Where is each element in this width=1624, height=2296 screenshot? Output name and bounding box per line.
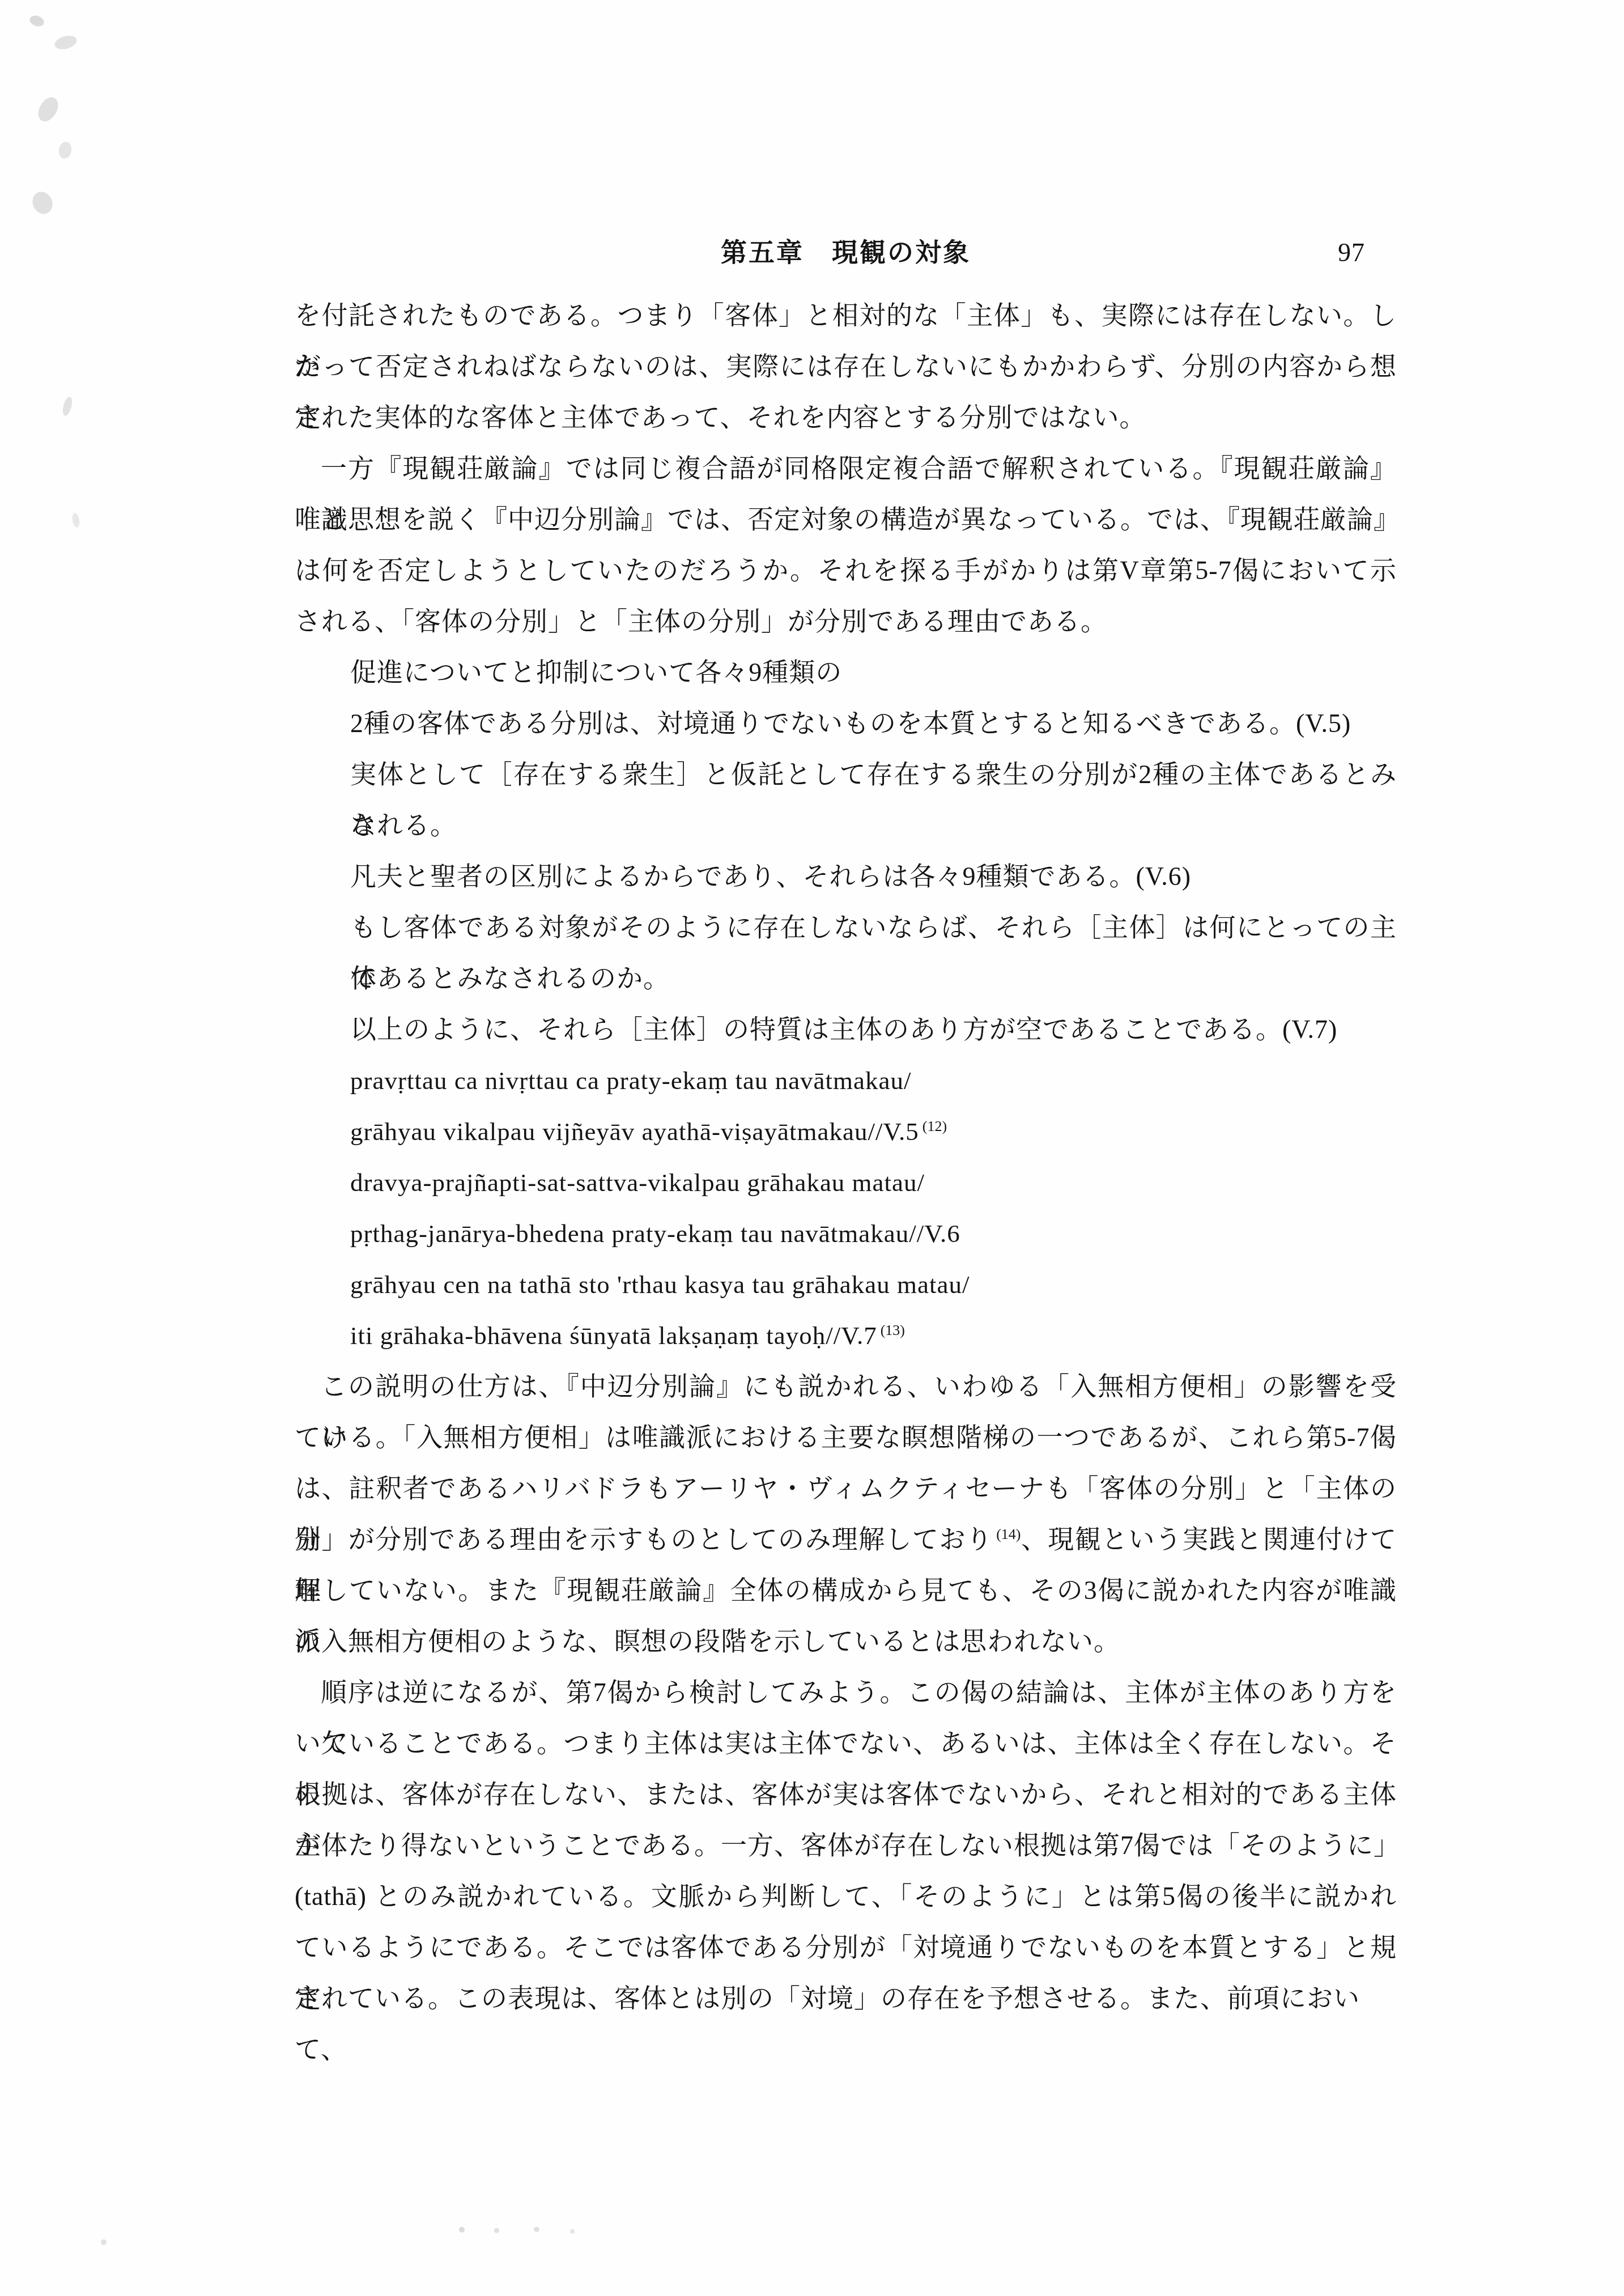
text-line: がって否定されねばならないのは、実際には存在しないにもかかわらず、分別の内容から… [295,341,1397,392]
scan-artifact [101,2239,107,2245]
text-line: 主体たり得ないということである。一方、客体が存在しない根拠は第7偈では「そのよう… [295,1820,1397,1871]
text-line: された実体的な客体と主体であって、それを内容とする分別ではない。 [295,392,1397,443]
sanskrit-line: grāhyau cen na tathā sto 'rthau kasya ta… [295,1259,1397,1310]
sanskrit-line: grāhyau vikalpau vijñeyāv ayathā-viṣayāt… [295,1106,1397,1157]
scan-artifact [570,2229,575,2234]
text-line: を付託されたものである。つまり「客体」と相対的な「主体」も、実際には存在しない。… [295,290,1397,341]
verse-line: 促進についてと抑制について各々9種類の [295,647,1397,698]
verse-line: であるとみなされるのか。 [295,953,1397,1004]
scan-artifact [28,14,46,28]
verse-line: 2種の客体である分別は、対境通りでないものを本質とすると知るべきである。(V.5… [295,698,1397,749]
text-line: 一方『現観荘厳論』では同じ複合語が同格限定複合語で解釈されている。『現観荘厳論』… [295,443,1397,494]
verse-line: 実体として［存在する衆生］と仮託として存在する衆生の分別が2種の主体であるとみな [295,749,1397,800]
footnote-ref: (12) [922,1118,947,1134]
text-line: 唯識思想を説く『中辺分別論』では、否定対象の構造が異なっている。では、『現観荘厳… [295,494,1397,545]
text-line: ている。「入無相方便相」は唯識派における主要な瞑想階梯の一つであるが、これら第5… [295,1412,1397,1463]
scan-artifact [58,141,73,159]
scan-artifact [61,396,74,416]
text-block: を付託されたものである。つまり「客体」と相対的な「主体」も、実際には存在しない。… [295,290,1397,2024]
scan-artifact [53,33,78,52]
text-segment: 別」が分別である理由を示すものとしてのみ理解しており [295,1525,993,1554]
text-line: この説明の仕方は、『中辺分別論』にも説かれる、いわゆる「入無相方便相」の影響を受… [295,1361,1397,1412]
scanned-document-page: 第五章 現観の対象 97 を付託されたものである。つまり「客体」と相対的な「主体… [0,0,1624,2296]
sanskrit-text: grāhyau vikalpau vijñeyāv ayathā-viṣayāt… [350,1117,919,1146]
text-line: されている。この表現は、客体とは別の「対境」の存在を予想させる。また、前項におい… [295,1973,1397,2024]
sanskrit-line: pṛthag-janārya-bhedena praty-ekaṃ tau na… [295,1208,1397,1259]
verse-line: 凡夫と聖者の区別によるからであり、それらは各々9種類である。(V.6) [295,851,1397,902]
text-line: (tathā) とのみ説かれている。文脈から判断して、「そのように」とは第5偈の… [295,1871,1397,1922]
scan-artifact [35,94,62,125]
page-header: 第五章 現観の対象 97 [295,237,1397,269]
sanskrit-line: iti grāhaka-bhāvena śūnyatā lakṣaṇaṃ tay… [295,1310,1397,1361]
chapter-heading: 第五章 現観の対象 [295,237,1397,269]
text-line: 別」が分別である理由を示すものとしてのみ理解しており(14)、現観という実践と関… [295,1514,1397,1565]
sanskrit-text: iti grāhaka-bhāvena śūnyatā lakṣaṇaṃ tay… [350,1321,877,1350]
text-line: は何を否定しようとしていたのだろうか。それを探る手がかりは第V章第5-7偈におい… [295,545,1397,596]
scan-artifact [459,2227,465,2233]
text-line: いていることである。つまり主体は実は主体でない、あるいは、主体は全く存在しない。… [295,1718,1397,1769]
text-line: される、「客体の分別」と「主体の分別」が分別である理由である。 [295,596,1397,647]
text-line: 解していない。また『現観荘厳論』全体の構成から見ても、その3偈に説かれた内容が唯… [295,1565,1397,1616]
text-line: の入無相方便相のような、瞑想の段階を示しているとは思われない。 [295,1616,1397,1667]
text-line: 順序は逆になるが、第7偈から検討してみよう。この偈の結論は、主体が主体のあり方を… [295,1667,1397,1718]
scan-artifact [71,512,80,528]
verse-line: もし客体である対象がそのように存在しないならば、それら［主体］は何にとっての主体 [295,902,1397,953]
footnote-ref: (14) [996,1526,1021,1542]
footnote-ref: (13) [881,1322,905,1338]
text-line: 根拠は、客体が存在しない、または、客体が実は客体でないから、それと相対的である主… [295,1769,1397,1820]
text-line: は、註釈者であるハリバドラもアーリヤ・ヴィムクティセーナも「客体の分別」と「主体… [295,1463,1397,1514]
scan-artifact [29,189,56,218]
scan-artifact [534,2227,539,2232]
text-line: ているようにである。そこでは客体である分別が「対境通りでないものを本質とする」と… [295,1922,1397,1973]
sanskrit-line: dravya-prajñapti-sat-sattva-vikalpau grā… [295,1157,1397,1208]
page-number: 97 [1338,237,1365,269]
scan-artifact [494,2228,499,2233]
verse-line: 以上のように、それら［主体］の特質は主体のあり方が空であることである。(V.7) [295,1004,1397,1055]
sanskrit-line: pravṛttau ca nivṛttau ca praty-ekaṃ tau … [295,1055,1397,1106]
verse-line: される。 [295,800,1397,851]
